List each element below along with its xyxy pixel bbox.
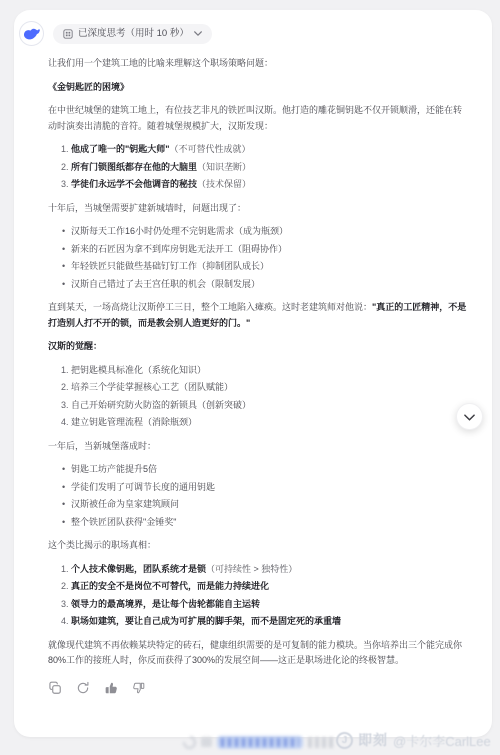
paragraph-conclusion: 就像现代建筑不再依赖某块特定的砖石，健康组织需要的是可复制的能力模块。当你培养出… — [48, 638, 468, 669]
list-awakening-steps: 把钥匙模具标准化（系统化知识） 培养三个学徒掌握核心工艺（团队赋能） 自己开始研… — [48, 363, 468, 431]
assistant-message-card: 已深度思考（用时 10 秒） 让我们用一个建筑工地的比喻来理解这个职场策略问题：… — [14, 10, 492, 737]
list-item: 培养三个学徒掌握核心工艺（团队赋能） — [71, 380, 468, 396]
paragraph-ten-years: 十年后，当城堡需要扩建新城墙时，问题出现了： — [48, 201, 468, 217]
list-item: 新来的石匠因为拿不到库房钥匙无法开工（阻碍协作） — [62, 242, 468, 258]
message-content: 让我们用一个建筑工地的比喻来理解这个职场策略问题： 《金钥匙匠的困境》 在中世纪… — [14, 46, 492, 698]
thumbs-up-button[interactable] — [104, 681, 118, 698]
list-item: 学徒们永远学不会他调音的秘技（技术保留） — [71, 177, 468, 193]
message-header: 已深度思考（用时 10 秒） — [14, 10, 492, 46]
deep-think-label: 已深度思考（用时 10 秒） — [78, 29, 189, 39]
list-problems: 汉斯每天工作16小时仍处理不完钥匙需求（成为瓶颈） 新来的石匠因为拿不到库房钥匙… — [48, 224, 468, 292]
deepseek-whale-logo — [19, 21, 44, 46]
message-action-bar — [48, 681, 468, 698]
list-item: 真正的安全不是岗位不可替代，而是能力持续进化 — [71, 579, 468, 595]
watermark-brand: 即刻 — [358, 730, 388, 750]
paragraph-turning-point: 直到某天，一场高烧让汉斯停工三日，整个工地陷入瘫痪。这时老建筑师对他说："真正的… — [48, 300, 468, 331]
list-item: 建立钥匙管理流程（消除瓶颈） — [71, 415, 468, 431]
list-career-truths: 个人技术像钥匙，团队系统才是锁（可持续性 > 独特性） 真正的安全不是岗位不可替… — [48, 562, 468, 630]
watermark-blob — [201, 737, 212, 747]
list-item: 汉斯自己错过了去王宫任职的机会（限制发展） — [62, 277, 468, 293]
list-item: 学徒们发明了可调节长度的通用钥匙 — [62, 480, 468, 496]
deepthink-grid-icon — [63, 29, 73, 39]
thumbs-up-icon — [104, 681, 118, 698]
thumbs-down-button[interactable] — [132, 681, 146, 698]
jike-watermark: J 即刻 @卡尔李CarlLee — [336, 729, 491, 751]
blurred-watermark-left — [183, 734, 336, 750]
copy-button[interactable] — [48, 681, 62, 698]
watermark-handle: @卡尔李CarlLee — [393, 731, 491, 750]
list-item: 他成了唯一的"钥匙大师"（不可替代性成就） — [71, 142, 468, 158]
paragraph-setting: 在中世纪城堡的建筑工地上，有位技艺非凡的铁匠叫汉斯。他打造的雕花铜钥匙不仅开锁顺… — [48, 103, 468, 134]
chevron-down-icon — [464, 409, 475, 424]
list-results: 钥匙工坊产能提升5倍 学徒们发明了可调节长度的通用钥匙 汉斯被任命为皇家建筑顾问… — [48, 462, 468, 530]
regenerate-icon — [76, 681, 90, 698]
copy-icon — [48, 681, 62, 698]
paragraph-one-year-later: 一年后，当新城堡落成时： — [48, 439, 468, 455]
whale-icon — [24, 28, 40, 40]
watermark-blob — [308, 737, 336, 748]
list-item: 职场如建筑，要让自己成为可扩展的脚手架，而不是固定死的承重墙 — [71, 614, 468, 630]
paragraph-intro: 让我们用一个建筑工地的比喻来理解这个职场策略问题： — [48, 56, 468, 72]
paragraph-truths-intro: 这个类比揭示的职场真相： — [48, 538, 468, 554]
deep-think-toggle[interactable]: 已深度思考（用时 10 秒） — [53, 24, 212, 44]
list-item: 整个铁匠团队获得"金锤奖" — [62, 515, 468, 531]
section-title-awakening: 汉斯的觉醒： — [48, 339, 468, 355]
list-item: 自己开始研究防火防盗的新锁具（创新突破） — [71, 398, 468, 414]
list-item: 把钥匙模具标准化（系统化知识） — [71, 363, 468, 379]
list-item: 领导力的最高境界，是让每个齿轮都能自主运转 — [71, 597, 468, 613]
regenerate-button[interactable] — [76, 681, 90, 698]
list-item: 年轻铁匠只能做些基础钉钉工作（抑制团队成长） — [62, 259, 468, 275]
list-hans-discoveries: 他成了唯一的"钥匙大师"（不可替代性成就） 所有门锁图纸都存在他的大脑里（知识垄… — [48, 142, 468, 193]
scroll-to-bottom-button[interactable] — [456, 403, 483, 430]
list-item: 汉斯被任命为皇家建筑顾问 — [62, 497, 468, 513]
watermark-swirl-icon — [180, 733, 198, 751]
watermark-blue-pill — [217, 736, 303, 749]
chevron-down-icon — [194, 31, 202, 36]
list-item: 汉斯每天工作16小时仍处理不完钥匙需求（成为瓶颈） — [62, 224, 468, 240]
list-item: 个人技术像钥匙，团队系统才是锁（可持续性 > 独特性） — [71, 562, 468, 578]
list-item: 钥匙工坊产能提升5倍 — [62, 462, 468, 478]
story-title: 《金钥匙匠的困境》 — [48, 80, 468, 96]
thumbs-down-icon — [132, 681, 146, 698]
list-item: 所有门锁图纸都存在他的大脑里（知识垄断） — [71, 160, 468, 176]
jike-circle-logo: J — [336, 732, 353, 749]
